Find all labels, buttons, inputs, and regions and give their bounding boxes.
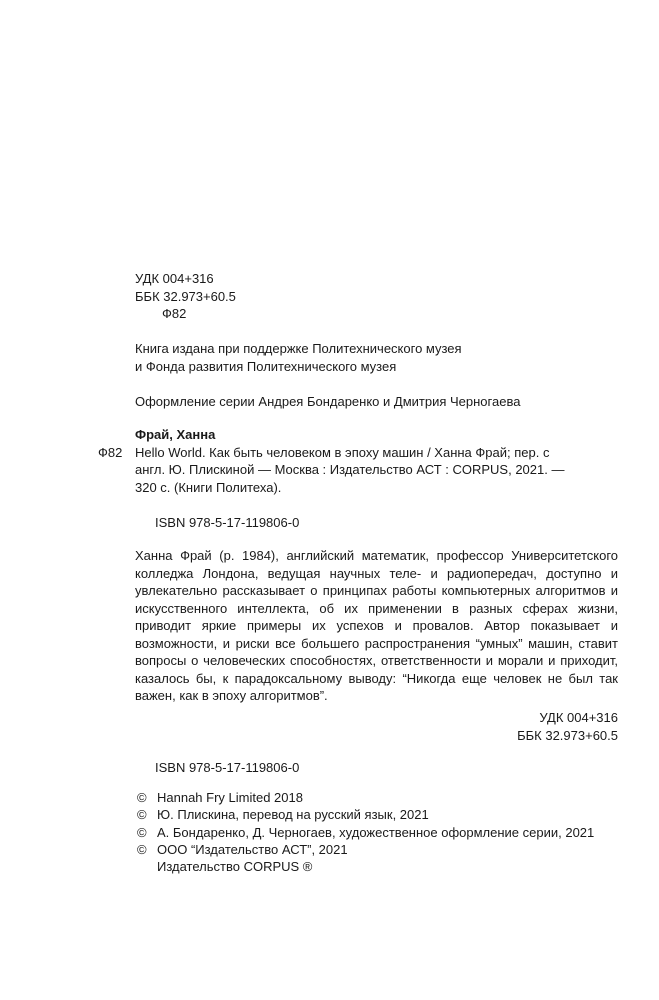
support-note: Книга издана при поддержке Политехническ…	[135, 340, 462, 376]
copyright-text: А. Бондаренко, Д. Черногаев, художествен…	[157, 824, 594, 841]
copyright-row: © Ю. Плискина, перевод на русский язык, …	[137, 806, 594, 823]
copyright-text: Hannah Fry Limited 2018	[157, 789, 303, 806]
bbk-code-top: ББК 32.973+60.5	[135, 288, 236, 306]
bib-entry-text: Hello World. Как быть человеком в эпоху …	[135, 444, 578, 497]
copyright-row: Издательство CORPUS ®	[137, 858, 594, 875]
copyright-row: © Hannah Fry Limited 2018	[137, 789, 594, 806]
udk-code-top: УДК 004+316	[135, 270, 236, 288]
copyright-symbol: ©	[137, 841, 157, 858]
udk-code-bottom: УДК 004+316	[517, 709, 618, 727]
support-note-line-1: Книга издана при поддержке Политехническ…	[135, 340, 462, 358]
copyright-row: © ООО “Издательство АСТ”, 2021	[137, 841, 594, 858]
annotation-paragraph: Ханна Фрай (р. 1984), английский математ…	[135, 547, 618, 705]
book-imprint-page: УДК 004+316 ББК 32.973+60.5 Ф82 Книга из…	[0, 0, 659, 1000]
copyright-symbol: ©	[137, 789, 157, 806]
author-sign-top: Ф82	[135, 305, 236, 323]
copyright-symbol: ©	[137, 824, 157, 841]
copyright-symbol: ©	[137, 806, 157, 823]
copyright-text: ООО “Издательство АСТ”, 2021	[157, 841, 348, 858]
publisher-corpus-line: Издательство CORPUS ®	[157, 858, 312, 875]
classification-codes-bottom: УДК 004+316 ББК 32.973+60.5	[517, 709, 618, 745]
support-note-line-2: и Фонда развития Политехнического музея	[135, 358, 462, 376]
bib-author-sign: Ф82	[98, 444, 135, 462]
isbn-bottom: ISBN 978-5-17-119806-0	[155, 759, 299, 777]
copyright-list: © Hannah Fry Limited 2018 © Ю. Плискина,…	[137, 789, 594, 875]
classification-codes-top: УДК 004+316 ББК 32.973+60.5 Ф82	[135, 270, 236, 323]
isbn-top: ISBN 978-5-17-119806-0	[155, 514, 299, 532]
bib-entry-row: Ф82 Hello World. Как быть человеком в эп…	[98, 444, 580, 497]
bibliographic-record: Фрай, Ханна Ф82 Hello World. Как быть че…	[98, 426, 580, 496]
bib-author-heading: Фрай, Ханна	[135, 426, 580, 444]
copyright-row: © А. Бондаренко, Д. Черногаев, художеств…	[137, 824, 594, 841]
bbk-code-bottom: ББК 32.973+60.5	[517, 727, 618, 745]
copyright-text: Ю. Плискина, перевод на русский язык, 20…	[157, 806, 429, 823]
series-design-credit: Оформление серии Андрея Бондаренко и Дми…	[135, 393, 520, 411]
